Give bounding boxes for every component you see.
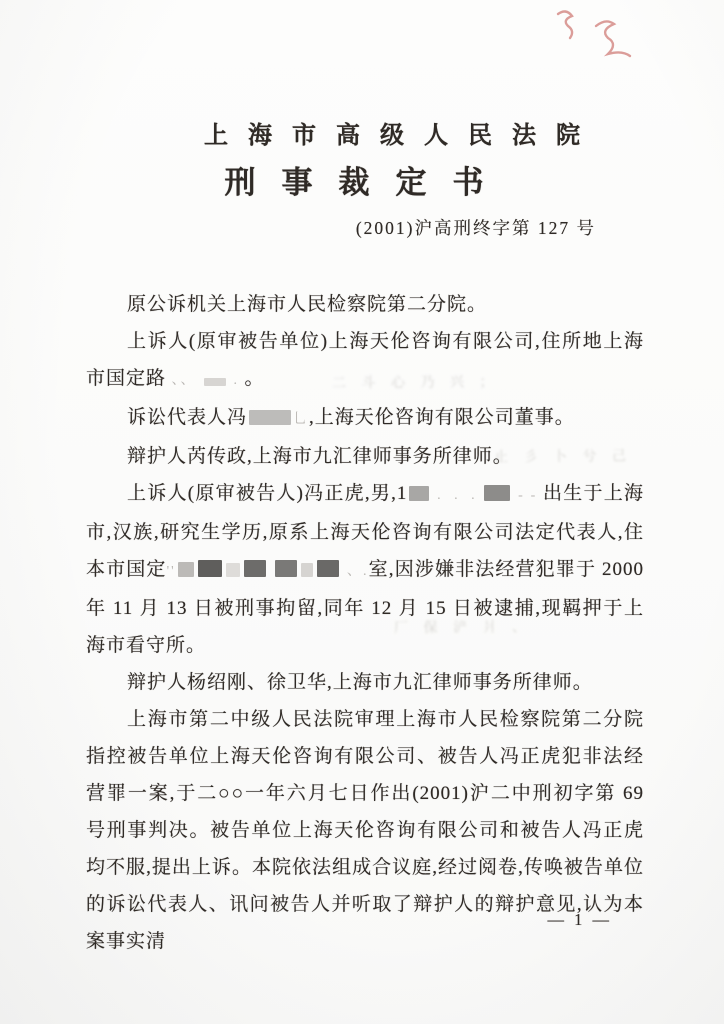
case-number: (2001)沪高刑终字第 127 号 [0,215,724,241]
paragraph: 上诉人(原审被告人)冯正虎,男,1 . . . - - 出生于上海市,汉族,研究… [86,475,644,664]
text-run: 辩护人杨绍刚、徐卫华,上海市九汇律师事务所律师。 [127,672,593,693]
faint-mark: 、. [341,564,368,579]
redaction-block [249,410,291,425]
scan-bleed-artifact: 厂 保 浐 爿 、 [394,616,532,637]
faint-mark: 、、 [166,373,202,388]
paragraph: 辩护人杨绍刚、徐卫华,上海市九汇律师事务所律师。 [86,664,644,701]
text-run: 上诉人(原审被告人)冯正虎,男,1 [127,483,407,504]
faint-mark: 乚 [293,412,309,427]
redaction-block [301,563,313,577]
paragraph: 原公诉机关上海市人民检察院第二分院。 [86,286,644,323]
redaction-block [484,485,510,501]
faint-mark: . . . [431,488,482,503]
redaction-block [409,486,429,501]
document-page: 上海市高级人民法院 刑事裁定书 (2001)沪高刑终字第 127 号 原公诉机关… [0,0,724,1024]
redaction-block [198,560,222,577]
faint-mark: . [228,373,245,388]
redaction-block [226,563,240,577]
redaction-block [244,560,266,577]
faint-mark: '' [167,564,176,579]
faint-mark: - - [512,488,543,503]
text-run: 。 [245,368,265,389]
text-run: ,上海天伦咨询有限公司董事。 [309,407,575,428]
redaction-block [317,560,339,577]
document-title: 刑事裁定书 [0,165,724,201]
faint-mark [268,564,274,579]
paragraph: 诉讼代表人冯乚,上海天伦咨询有限公司董事。 [86,399,644,438]
court-name: 上海市高级人民法院 [30,0,724,150]
scan-bleed-artifact: 二 斗 心 乃 兴 ； [332,371,500,392]
text-run: 诉讼代表人冯 [127,407,247,428]
redaction-block [178,562,194,577]
redaction-block [204,378,226,386]
scan-bleed-artifact: 止 彡 卜 兮 己 [494,445,632,466]
text-run: 辩护人芮传政,上海市九汇律师事务所律师。 [127,446,513,467]
page-number: — 1 — [548,910,613,930]
redaction-block [275,560,297,577]
text-run: 原公诉机关上海市人民检察院第二分院。 [127,294,487,315]
